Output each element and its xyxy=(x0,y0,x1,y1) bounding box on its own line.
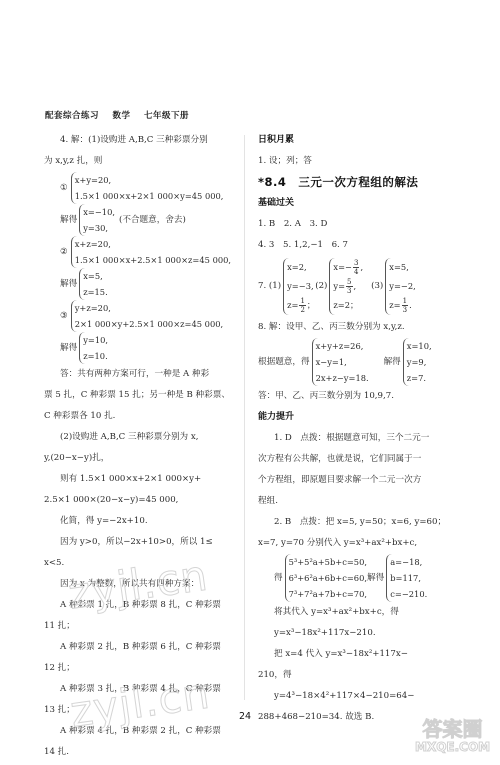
column-divider xyxy=(244,135,245,700)
part2-line: 2.5×1 000×(20−x−y)=45 000, xyxy=(44,490,236,511)
plan-2: A 种彩票 2 扎，B 种彩票 6 扎，C 种彩票 xyxy=(44,637,236,658)
basic-answers: 4. 3 5. 1,2,−1 6. 7 xyxy=(258,235,468,256)
basic-answers: 1. B 2. A 3. D xyxy=(258,214,468,235)
ab2-line: 把 x=4 代入 y=x³−18x²+117x− xyxy=(258,644,468,665)
q8-answer: 答：甲、乙、丙三数分别为 10,9,7. xyxy=(258,386,468,407)
subject: 数学 xyxy=(112,111,130,121)
left-column: 4. 解：(1)设购进 A,B,C 三种彩票分别 为 x,y,z 扎，则 ① x… xyxy=(44,130,236,763)
ab2-line: y=4³−18×4²+117×4−210=64− xyxy=(258,686,468,707)
plan-4-cont: 14 扎. xyxy=(44,742,236,763)
equation-brace: x+y=20, 1.5×1 000×x+2×1 000×y=45 000, xyxy=(71,172,224,204)
part2-line: (2)设购进 A,B,C 三种彩票分别为 x, xyxy=(44,427,236,448)
page-number: 24 xyxy=(239,711,251,722)
case2-system: ② x+z=20, 1.5×1 000×x+2.5×1 000×z=45 000… xyxy=(44,236,236,268)
part2-line: 则有 1.5×1 000×x+2×1 000×y+ xyxy=(44,469,236,490)
section-heading: *8.4 三元一次方程组的解法 xyxy=(258,172,468,193)
answer-line: 票 5 扎，C 种彩票 15 扎；另一种是 B 种彩票、 xyxy=(44,385,236,406)
ab1-line: 程组. xyxy=(258,491,468,512)
case3-solution: 解得 y=10, z=10. xyxy=(44,332,236,364)
case2-solution: 解得 x=5, z=15. xyxy=(44,268,236,300)
ab1-line: 个方程组，即原题目要求解一个二元一次方 xyxy=(258,470,468,491)
q4-intro-cont: 为 x,y,z 扎，则 xyxy=(44,151,236,172)
ab1-line: 次方程有公共解，也就是说，它们同属于一 xyxy=(258,449,468,470)
book-title: 配套综合练习 xyxy=(45,111,99,121)
q8-system: 根据题意，得 x+y+z=26, x−y=1, 2x+z−y=18. 解得 x=… xyxy=(258,338,468,386)
ab2-line: y=x³−18x²+117x−210. xyxy=(258,623,468,644)
ab2-line: 将其代入 y=x³+ax²+bx+c，得 xyxy=(258,602,468,623)
solution-brace: x=−10, y=30, xyxy=(79,204,115,236)
case3-system: ③ y+z=20, 2×1 000×y+2.5×1 000×z=45 000, xyxy=(44,300,236,332)
q7-system-3: x=5, y=−2, z=13. xyxy=(385,258,416,315)
ab2-system: 得 5³+5²a+5b+c=50, 6³+6²a+6b+c=60, 7³+7²a… xyxy=(258,554,468,602)
basic-heading: 基础过关 xyxy=(258,193,468,214)
part2-line: 因为 y>0，所以−2x+10>0，所以 1≤ xyxy=(44,532,236,553)
daily-answer: 1. 设；列；答 xyxy=(258,151,468,172)
daily-heading: 日积月累 xyxy=(258,130,468,151)
plan-1-cont: 11 扎； xyxy=(44,616,236,637)
q7-system-2: x=−34, y=53, z=2； xyxy=(329,258,363,315)
q4-intro: 4. 解：(1)设购进 A,B,C 三种彩票分别 xyxy=(44,130,236,151)
ab2-line: x=7, y=70 分别代入 y=x³+ax²+bx+c, xyxy=(258,533,468,554)
ab1-line: 1. D 点拨：根据题意可知，三个二元一 xyxy=(258,428,468,449)
watermark-mxqe: 答案圈 MXQE.COM xyxy=(415,718,490,754)
answer-line: C 种彩票各 10 扎. xyxy=(44,406,236,427)
q7-solutions: 7. (1) x=2, y=−3, z=12； (2) x=−34, y=53,… xyxy=(258,258,468,315)
running-header: 配套综合练习 数学 七年级下册 xyxy=(45,109,199,121)
case1-system: ① x+y=20, 1.5×1 000×x+2×1 000×y=45 000, xyxy=(44,172,236,204)
ab2-line: 210，得 xyxy=(258,665,468,686)
q7-system-1: x=2, y=−3, z=12； xyxy=(283,258,315,315)
case1-solution: 解得 x=−10, y=30, (不合题意，舍去) xyxy=(44,204,236,236)
ab2-line: 2. B 点拨：把 x=5, y=50；x=6, y=60； xyxy=(258,512,468,533)
grade: 七年级下册 xyxy=(144,111,189,121)
q8-intro: 8. 解：设甲、乙、丙三数分别为 x,y,z. xyxy=(258,317,468,338)
right-column: 日积月累 1. 设；列；答 *8.4 三元一次方程组的解法 基础过关 1. B … xyxy=(258,130,468,728)
reject-note: (不合题意，舍去) xyxy=(119,210,186,231)
ability-heading: 能力提升 xyxy=(258,407,468,428)
part2-line: 化简，得 y=−2x+10. xyxy=(44,511,236,532)
part2-line: y,(20−x−y)扎， xyxy=(44,448,236,469)
answer-line: 答：共有两种方案可行，一种是 A 种彩 xyxy=(44,364,236,385)
